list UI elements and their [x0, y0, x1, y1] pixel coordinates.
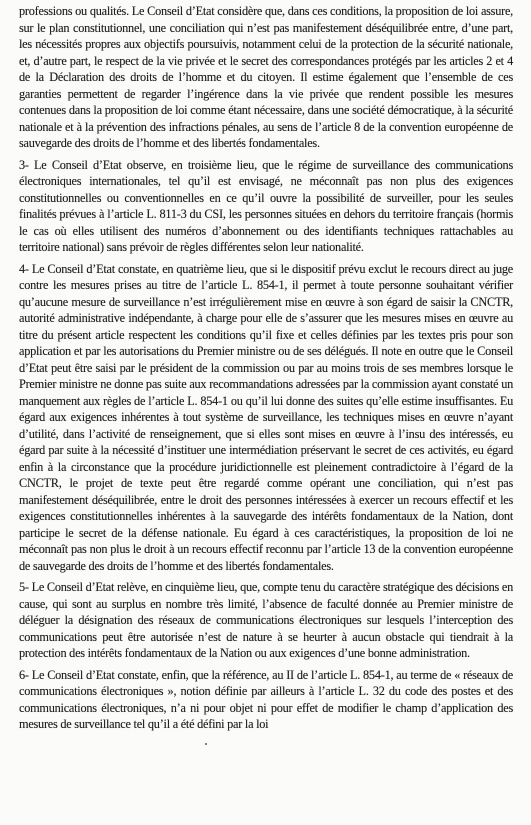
scan-artifact-dot [205, 743, 207, 745]
paragraph-point-4: 4- Le Conseil d’Etat constate, en quatri… [19, 261, 513, 575]
paragraph-point-5: 5- Le Conseil d’Etat relève, en cinquièm… [19, 579, 513, 662]
scan-artifact-dot [243, 164, 246, 166]
paragraph-point-6: 6- Le Conseil d’Etat constate, enfin, qu… [19, 667, 513, 733]
paragraph-point-3: 3- Le Conseil d’Etat observe, en troisiè… [19, 157, 513, 256]
document-page: professions ou qualités. Le Conseil d’Et… [0, 0, 531, 825]
paragraph-continuation: professions ou qualités. Le Conseil d’Et… [19, 3, 513, 152]
